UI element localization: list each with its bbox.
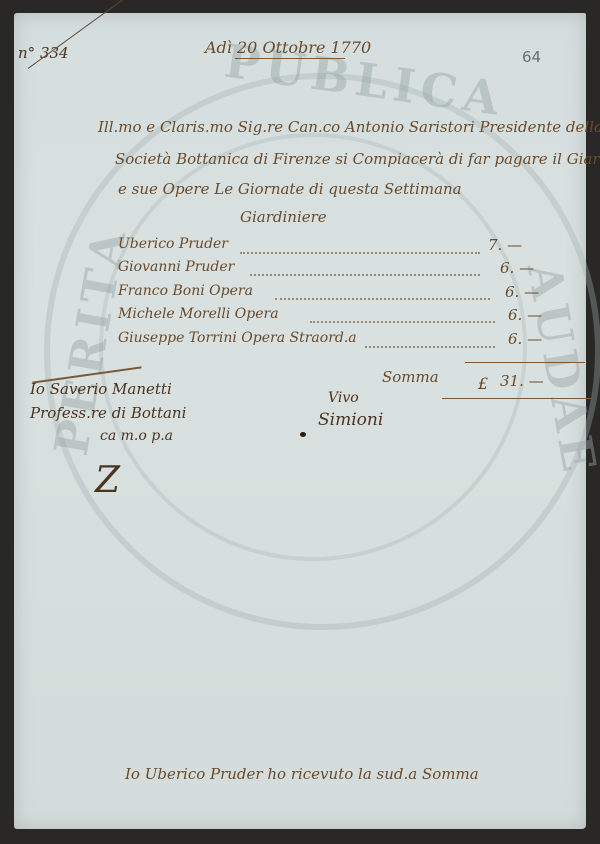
leader-dots: [275, 298, 490, 300]
section-heading: Giardiniere: [240, 208, 327, 226]
leader-dots: [310, 321, 495, 323]
approval-line-1: Io Saverio Manetti: [30, 380, 172, 398]
total-rule-top: [465, 362, 585, 363]
signature-line-1: Vivo: [328, 390, 359, 406]
receipt-line: Io Uberico Pruder ho ricevuto la sud.a S…: [125, 765, 479, 783]
entry-name: Giuseppe Torrini Opera Straord.a: [118, 330, 357, 346]
address-line-1: Ill.mo e Claris.mo Sig.re Can.co Antonio…: [98, 118, 600, 136]
leader-dots: [365, 346, 495, 348]
entry-name: Uberico Pruder: [118, 236, 228, 252]
date-underline: [235, 58, 345, 59]
leader-dots: [240, 252, 480, 254]
approval-initial: Z: [95, 460, 120, 501]
leader-dots: [250, 274, 480, 276]
total-rule-bottom: [442, 398, 592, 399]
ink-blot: [300, 432, 306, 437]
address-line-2: Società Bottanica di Firenze si Compiace…: [115, 150, 600, 168]
archive-ref-number: 334: [40, 44, 69, 62]
total-amount: 31. —: [500, 372, 544, 390]
entry-amount: 6. —: [505, 283, 539, 301]
entry-amount: 6. —: [500, 259, 534, 277]
approval-line-2: Profess.re di Bottani: [30, 404, 186, 422]
entry-amount: 7. —: [488, 236, 522, 254]
archive-prefix: n°: [18, 44, 35, 62]
entry-amount: 6. —: [508, 306, 542, 324]
currency-mark: £: [478, 374, 488, 393]
signature-line-2: Simioni: [318, 410, 383, 430]
entry-name: Franco Boni Opera: [118, 283, 253, 299]
entry-name: Giovanni Pruder: [118, 259, 234, 275]
approval-line-3: ca m.o p.a: [100, 428, 173, 444]
archive-ref: n° 334: [18, 44, 69, 62]
document-date: Adì 20 Ottobre 1770: [205, 38, 371, 57]
total-label: Somma: [382, 368, 439, 386]
entry-name: Michele Morelli Opera: [118, 306, 279, 322]
folio-number: 64: [522, 48, 541, 66]
address-line-3: e sue Opere Le Giornate di questa Settim…: [118, 180, 462, 198]
entry-amount: 6. —: [508, 330, 542, 348]
